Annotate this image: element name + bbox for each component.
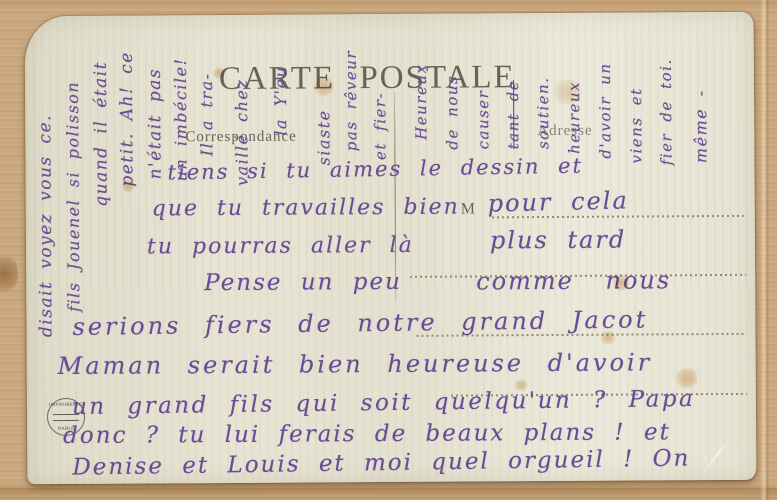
handwriting-column: de nous	[443, 75, 461, 150]
handwriting-column: la Y'eu	[271, 66, 290, 136]
postcard-title: CARTE POSTALE	[219, 59, 516, 98]
handwriting-column: causer	[474, 90, 492, 150]
handwriting-column: viens et	[627, 87, 645, 163]
address-m-label: M	[461, 200, 476, 218]
album-stain	[0, 252, 18, 296]
handwriting-line: pour cela	[487, 186, 629, 217]
handwriting-line: donc ? tu lui ferais de beaux plans ! et	[63, 419, 671, 449]
handwriting-column: petit. Ah! ce	[117, 51, 138, 187]
corner-scratch	[701, 436, 732, 475]
handwriting-line: Denise et Louis et moi quel orgueil ! On	[72, 445, 690, 480]
handwriting-column: et fier-	[371, 92, 389, 160]
handwriting-column: soutien.	[534, 76, 552, 149]
handwriting-column: même -	[691, 89, 710, 163]
handwriting-column: vaillé chez	[232, 79, 252, 186]
handwriting-line: comme nous	[476, 266, 671, 295]
handwriting-column: fier de toi.	[657, 58, 676, 165]
handwriting-line: tu pourras aller là	[147, 233, 414, 260]
handwriting-column: heureux	[565, 81, 583, 154]
handwriting-line: un grand fils qui soit quelqu'un ? Papa	[72, 386, 696, 420]
handwriting-column: siaste	[314, 109, 333, 165]
handwriting-line: que tu travailles bien	[152, 195, 460, 222]
handwriting-column: pas rêveur	[342, 50, 361, 151]
handwriting-line: Maman serait bien heureuse d'avoir	[58, 348, 653, 380]
postcard: CARTE POSTALE Correspondance Adresse M I…	[25, 12, 757, 484]
handwriting-column: fils Jouenel si polisson	[63, 81, 83, 312]
handwriting-column: Il a tra-	[197, 72, 217, 156]
handwriting-column: n'était pas	[145, 68, 166, 180]
handwriting-line: plus tard	[490, 226, 626, 255]
handwriting-column: quand il était	[91, 61, 112, 207]
album-fold-crease	[760, 0, 770, 500]
handwriting-column: d'avoir un	[596, 62, 615, 158]
album-page: CARTE POSTALE Correspondance Adresse M I…	[0, 0, 777, 500]
handwriting-column: tant de	[504, 80, 522, 150]
handwriting-column: disait voyez vous ce.	[35, 114, 56, 337]
handwriting-column: un imbécile!	[171, 57, 191, 181]
handwriting-column: Heureux	[412, 63, 430, 139]
handwriting-line: Pense un peu	[204, 269, 402, 296]
